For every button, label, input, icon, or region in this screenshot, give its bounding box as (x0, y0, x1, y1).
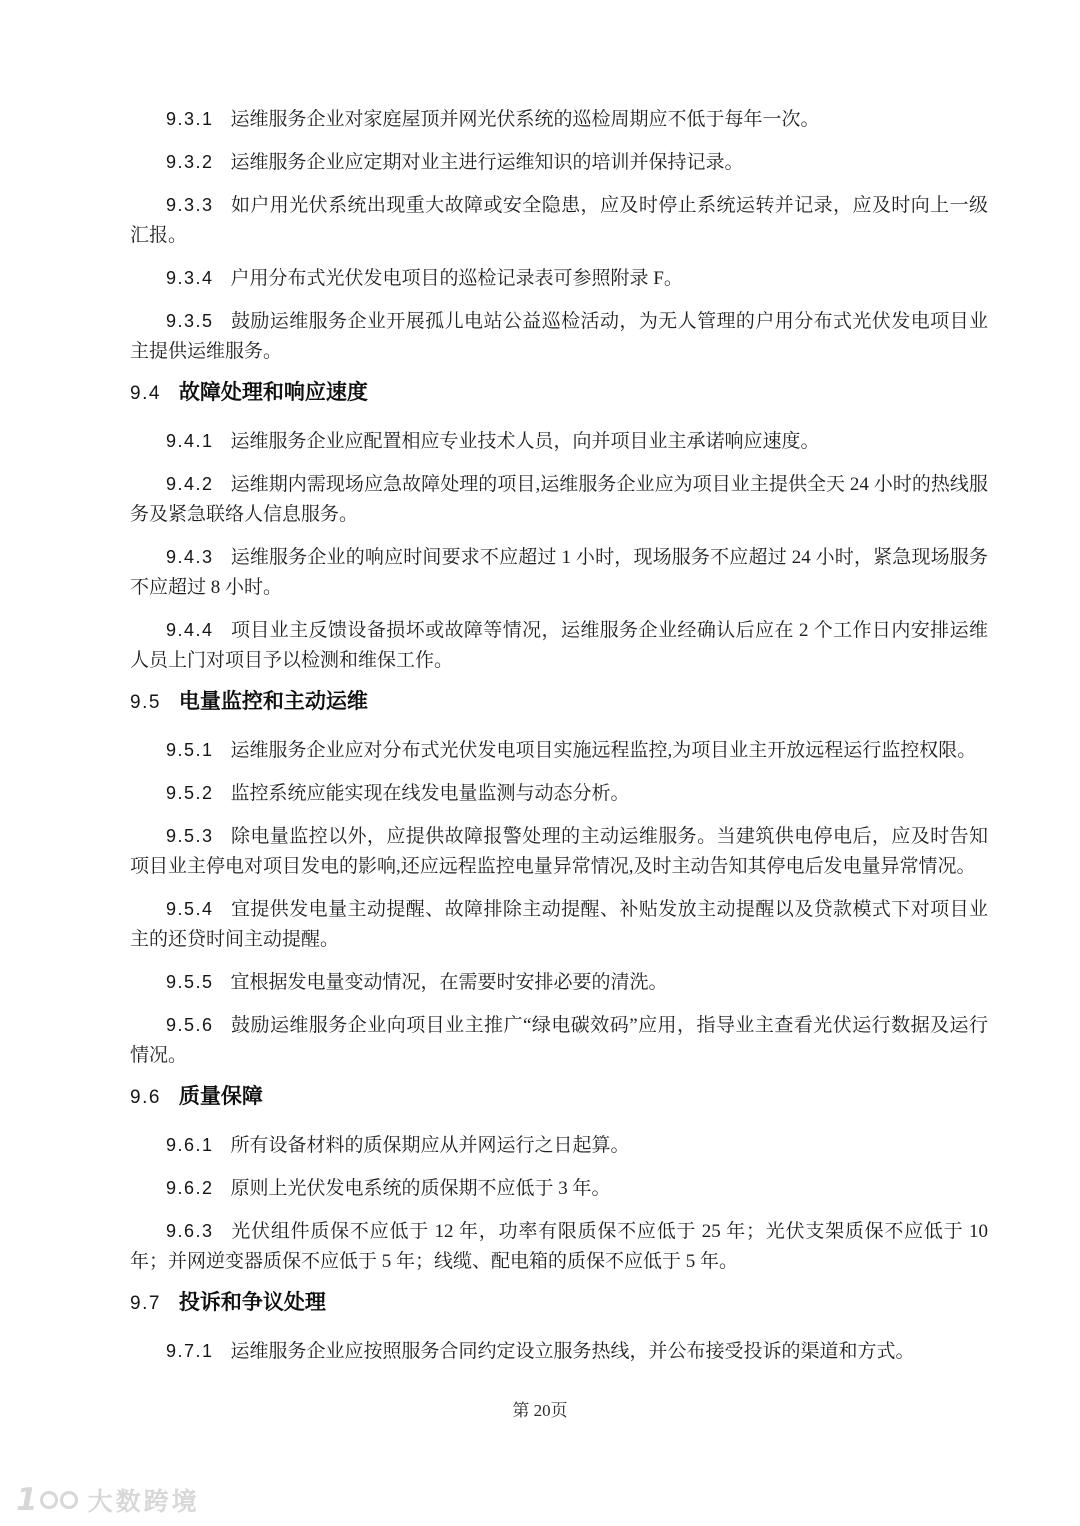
clause-number: 9.3.1 (166, 109, 214, 129)
clause-number: 9.5.4 (166, 899, 214, 919)
section-number: 9.6 (130, 1084, 161, 1112)
clause-text: 所有设备材料的质保期应从并网运行之日起算。 (231, 1135, 630, 1156)
clause-number: 9.5.5 (166, 972, 214, 992)
clause-text: 监控系统应能实现在线发电量监测与动态分析。 (231, 783, 630, 804)
clause-text: 如户用光伏系统出现重大故障或安全隐患，应及时停止系统运转并记录，应及时向上一级汇… (130, 195, 988, 246)
clause-number: 9.4.4 (166, 620, 214, 640)
document-page: 9.3.1运维服务企业对家庭屋顶并网光伏系统的巡检周期应不低于每年一次。 9.3… (0, 0, 1080, 1526)
clause-text: 运维服务企业应对分布式光伏发电项目实施远程监控,为项目业主开放远程运行监控权限。 (231, 740, 977, 761)
clause-text: 鼓励运维服务企业向项目业主推广“绿电碳效码”应用，指导业主查看光伏运行数据及运行… (130, 1015, 988, 1066)
clause-number: 9.5.2 (166, 783, 214, 803)
clause-number: 9.6.3 (166, 1221, 214, 1241)
clause-text: 宜根据发电量变动情况，在需要时安排必要的清洗。 (231, 972, 668, 993)
clause-9-3-3: 9.3.3如户用光伏系统出现重大故障或安全隐患，应及时停止系统运转并记录，应及时… (130, 190, 988, 251)
clause-9-5-4: 9.5.4宜提供发电量主动提醒、故障排除主动提醒、补贴发放主动提醒以及贷款模式下… (130, 894, 988, 955)
clause-number: 9.3.2 (166, 152, 214, 172)
clause-text: 户用分布式光伏发电项目的巡检记录表可参照附录 F。 (231, 268, 683, 289)
clause-number: 9.4.2 (166, 474, 214, 494)
clause-number: 9.6.1 (166, 1135, 214, 1155)
clause-9-4-1: 9.4.1运维服务企业应配置相应专业技术人员，向并项目业主承诺响应速度。 (130, 426, 988, 457)
clause-number: 9.3.3 (166, 195, 214, 215)
page-number: 第 20页 (0, 1396, 1080, 1421)
clause-text: 宜提供发电量主动提醒、故障排除主动提醒、补贴发放主动提醒以及贷款模式下对项目业主… (130, 899, 988, 950)
watermark-logo-ring (60, 1491, 78, 1509)
document-content: 9.3.1运维服务企业对家庭屋顶并网光伏系统的巡检周期应不低于每年一次。 9.3… (0, 0, 1080, 1367)
clause-9-5-3: 9.5.3除电量监控以外，应提供故障报警处理的主动运维服务。当建筑供电停电后，应… (130, 821, 988, 882)
clause-9-6-3: 9.6.3光伏组件质保不应低于 12 年，功率有限质保不应低于 25 年；光伏支… (130, 1216, 988, 1277)
section-heading-9-6: 9.6质量保障 (130, 1083, 988, 1112)
clause-9-4-2: 9.4.2运维期内需现场应急故障处理的项目,运维服务企业应为项目业主提供全天 2… (130, 469, 988, 530)
clause-number: 9.7.1 (166, 1341, 214, 1361)
watermark-logo-ring (40, 1491, 58, 1509)
watermark-100-logo-icon: 1 (16, 1485, 78, 1516)
clause-number: 9.3.4 (166, 268, 214, 288)
clause-9-7-1: 9.7.1运维服务企业应按照服务合同约定设立服务热线，并公布接受投诉的渠道和方式… (130, 1336, 988, 1367)
watermark: 1 大数跨境 (16, 1482, 200, 1518)
section-heading-9-4: 9.4故障处理和响应速度 (130, 379, 988, 408)
clause-number: 9.5.3 (166, 826, 214, 846)
clause-9-3-2: 9.3.2运维服务企业应定期对业主进行运维知识的培训并保持记录。 (130, 147, 988, 178)
clause-9-5-6: 9.5.6鼓励运维服务企业向项目业主推广“绿电碳效码”应用，指导业主查看光伏运行… (130, 1010, 988, 1071)
clause-text: 运维服务企业应按照服务合同约定设立服务热线，并公布接受投诉的渠道和方式。 (231, 1341, 915, 1362)
clause-number: 9.3.5 (166, 311, 214, 331)
clause-number: 9.6.2 (166, 1178, 214, 1198)
clause-text: 光伏组件质保不应低于 12 年，功率有限质保不应低于 25 年；光伏支架质保不应… (130, 1221, 988, 1272)
clause-text: 运维服务企业应配置相应专业技术人员，向并项目业主承诺响应速度。 (231, 431, 820, 452)
clause-text: 运维服务企业的响应时间要求不应超过 1 小时，现场服务不应超过 24 小时，紧急… (130, 547, 988, 598)
clause-9-5-5: 9.5.5宜根据发电量变动情况，在需要时安排必要的清洗。 (130, 967, 988, 998)
clause-number: 9.5.1 (166, 740, 214, 760)
clause-9-3-4: 9.3.4户用分布式光伏发电项目的巡检记录表可参照附录 F。 (130, 263, 988, 294)
section-title: 质量保障 (179, 1083, 263, 1111)
section-title: 投诉和争议处理 (179, 1289, 326, 1317)
clause-9-5-1: 9.5.1运维服务企业应对分布式光伏发电项目实施远程监控,为项目业主开放远程运行… (130, 735, 988, 766)
clause-text: 除电量监控以外，应提供故障报警处理的主动运维服务。当建筑供电停电后，应及时告知项… (130, 826, 988, 877)
clause-number: 9.5.6 (166, 1015, 214, 1035)
clause-9-6-2: 9.6.2原则上光伏发电系统的质保期不应低于 3 年。 (130, 1173, 988, 1204)
section-number: 9.7 (130, 1290, 161, 1318)
clause-number: 9.4.1 (166, 431, 214, 451)
clause-text: 运维服务企业对家庭屋顶并网光伏系统的巡检周期应不低于每年一次。 (231, 109, 820, 130)
clause-9-3-1: 9.3.1运维服务企业对家庭屋顶并网光伏系统的巡检周期应不低于每年一次。 (130, 104, 988, 135)
section-title: 电量监控和主动运维 (179, 688, 368, 716)
section-heading-9-7: 9.7投诉和争议处理 (130, 1289, 988, 1318)
watermark-logo-one: 1 (16, 1485, 38, 1516)
section-number: 9.4 (130, 380, 161, 408)
clause-text: 鼓励运维服务企业开展孤儿电站公益巡检活动，为无人管理的户用分布式光伏发电项目业主… (130, 311, 988, 362)
clause-9-4-3: 9.4.3运维服务企业的响应时间要求不应超过 1 小时，现场服务不应超过 24 … (130, 542, 988, 603)
clause-number: 9.4.3 (166, 547, 214, 567)
clause-text: 运维服务企业应定期对业主进行运维知识的培训并保持记录。 (231, 152, 744, 173)
watermark-text: 大数跨境 (88, 1482, 200, 1518)
clause-9-4-4: 9.4.4项目业主反馈设备损坏或故障等情况，运维服务企业经确认后应在 2 个工作… (130, 615, 988, 676)
clause-9-3-5: 9.3.5鼓励运维服务企业开展孤儿电站公益巡检活动，为无人管理的户用分布式光伏发… (130, 306, 988, 367)
section-number: 9.5 (130, 689, 161, 717)
section-title: 故障处理和响应速度 (179, 379, 368, 407)
clause-text: 运维期内需现场应急故障处理的项目,运维服务企业应为项目业主提供全天 24 小时的… (130, 474, 988, 525)
clause-text: 项目业主反馈设备损坏或故障等情况，运维服务企业经确认后应在 2 个工作日内安排运… (130, 620, 988, 671)
clause-9-6-1: 9.6.1所有设备材料的质保期应从并网运行之日起算。 (130, 1130, 988, 1161)
clause-9-5-2: 9.5.2监控系统应能实现在线发电量监测与动态分析。 (130, 778, 988, 809)
section-heading-9-5: 9.5电量监控和主动运维 (130, 688, 988, 717)
clause-text: 原则上光伏发电系统的质保期不应低于 3 年。 (231, 1178, 611, 1199)
